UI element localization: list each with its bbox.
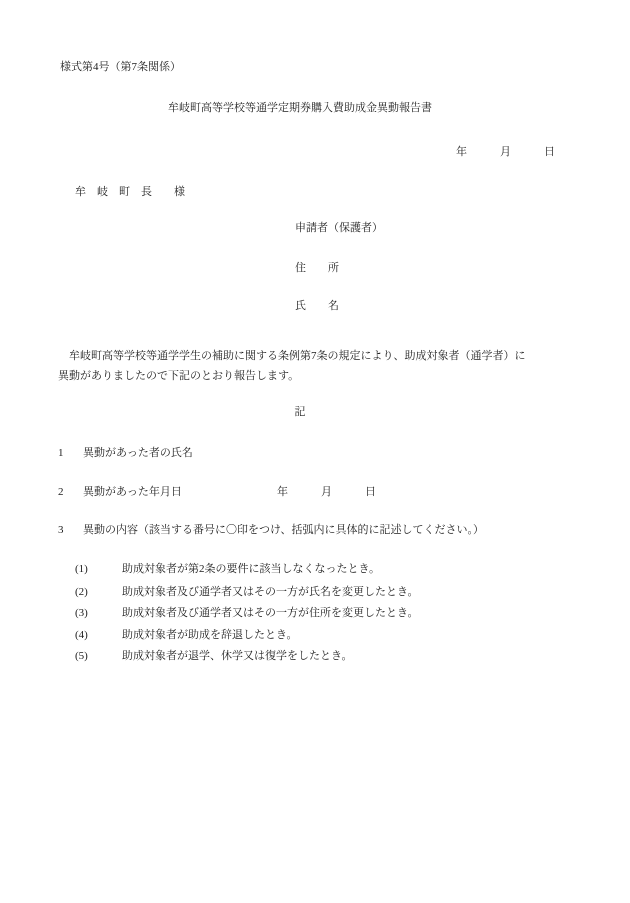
option-text: 助成対象者及び通学者又はその一方が住所を変更したとき。 xyxy=(122,606,419,621)
option-text: 助成対象者が退学、休学又は復学をしたとき。 xyxy=(122,649,353,664)
page-title: 牟岐町高等学校等通学定期券購入費助成金異動報告書 xyxy=(58,101,542,116)
option-row: (5) 助成対象者が退学、休学又は復学をしたとき。 xyxy=(0,649,630,709)
option-number: (4) xyxy=(75,628,88,643)
option-number: (5) xyxy=(75,649,88,664)
record-heading: 記 xyxy=(58,405,542,420)
option-text: 助成対象者が第2条の要件に該当しなくなったとき。 xyxy=(122,562,380,577)
addressee: 牟 岐 町 長 様 xyxy=(75,185,185,200)
report-form-page: 様式第4号（第7条関係） 牟岐町高等学校等通学定期券購入費助成金異動報告書 年 … xyxy=(0,0,630,903)
item-number: 2 xyxy=(58,485,64,500)
address-label: 住 所 xyxy=(295,261,339,276)
form-number: 様式第4号（第7条関係） xyxy=(60,60,181,75)
option-number: (1) xyxy=(75,562,88,577)
item-label: 異動があった年月日 xyxy=(83,485,182,500)
name-label: 氏 名 xyxy=(295,299,339,314)
item-number: 1 xyxy=(58,446,64,461)
option-text: 助成対象者及び通学者又はその一方が氏名を変更したとき。 xyxy=(122,585,419,600)
item-label: 異動の内容（該当する番号に〇印をつけ、括弧内に具体的に記述してください。） xyxy=(83,523,484,538)
option-text: 助成対象者が助成を辞退したとき。 xyxy=(122,628,298,643)
option-number: (2) xyxy=(75,585,88,600)
date-line: 年 月 日 xyxy=(456,145,555,160)
item-date-line: 年 月 日 xyxy=(277,485,376,500)
applicant-label: 申請者（保護者） xyxy=(295,221,383,236)
item-number: 3 xyxy=(58,523,64,538)
item-label: 異動があった者の氏名 xyxy=(83,446,193,461)
option-number: (3) xyxy=(75,606,88,621)
body-paragraph: 牟岐町高等学校等通学学生の補助に関する条例第7条の規定により、助成対象者（通学者… xyxy=(58,346,536,386)
